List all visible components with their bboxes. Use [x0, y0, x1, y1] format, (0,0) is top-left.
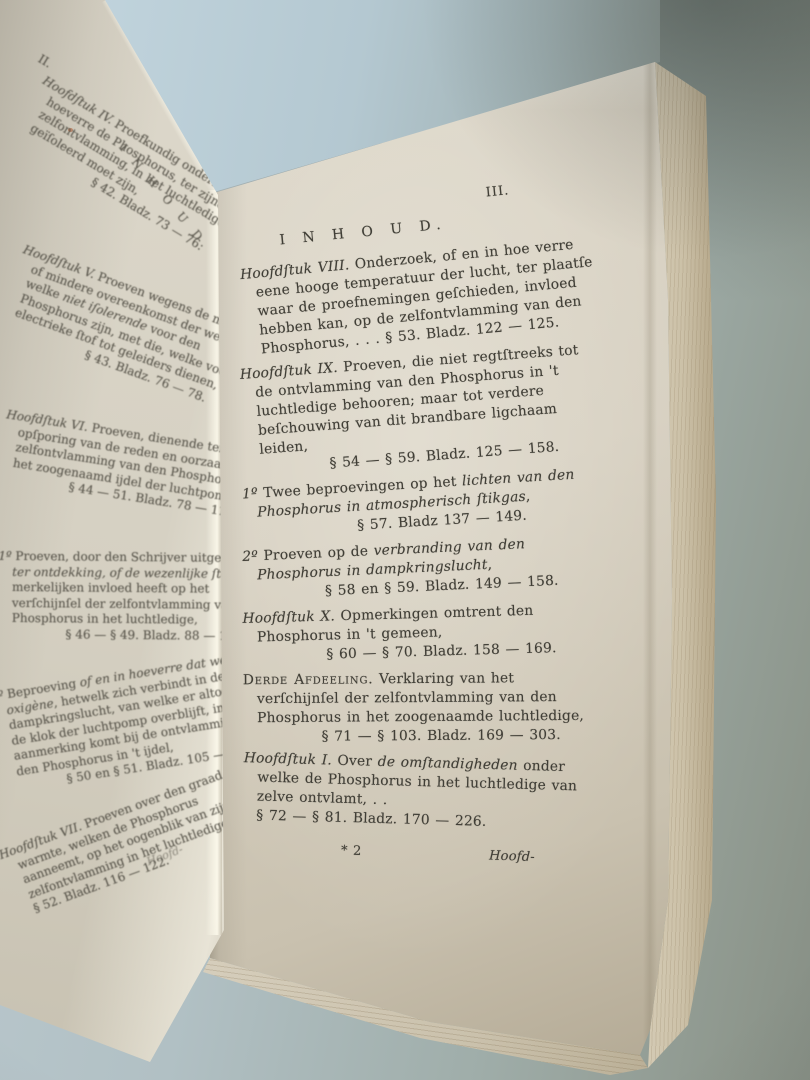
- toc-entry: Hoofdſtuk X. Opmerkingen omtrent den Pho…: [242, 600, 595, 667]
- entry-text: 2º: [242, 548, 258, 565]
- entry-text: Proeven op de: [258, 543, 374, 564]
- entry-text: ,: [525, 488, 531, 504]
- entry-text: Hoofdſtuk I.: [244, 750, 333, 768]
- toc-entry: Hoofdſtuk VIII. Onderzoek, of en in hoe …: [239, 234, 598, 361]
- toc-entry: Derde Afdeeling. Verklaring van het verſ…: [243, 669, 596, 747]
- toc-entry: Hoofdſtuk IX. Proeven, die niet regtſtre…: [239, 340, 598, 479]
- entry-text: Derde Afdeeling.: [243, 671, 374, 688]
- entry-text: Over: [332, 753, 378, 770]
- right-page-footer: * 2 Hoofd-: [243, 832, 596, 869]
- entry-text: ,: [487, 557, 492, 573]
- catchword-right: Hoofd-: [489, 846, 535, 867]
- right-page-text: III. I N H O U D. Hoofdſtuk VIII. Onderz…: [243, 190, 595, 863]
- entry-page-ref: § 71 — § 103. Bladz. 169 — 303.: [257, 726, 595, 747]
- toc-entries-right: Hoofdſtuk VIII. Onderzoek, of en in hoe …: [243, 250, 595, 830]
- entry-text: 1º: [242, 486, 259, 503]
- signature-mark: * 2: [341, 841, 362, 861]
- entry-text: ter ontdekking, of de wezenlijke ſtof: [12, 564, 233, 580]
- entry-text: de omſtandigheden: [378, 754, 518, 774]
- photo-scene: III. I N H O U D. Hoofdſtuk VIII. Onderz…: [0, 0, 810, 1080]
- entry-text: Hoofdſtuk X.: [242, 608, 335, 627]
- toc-entry: 2º Proeven op de verbranding van den Pho…: [242, 532, 596, 605]
- entry-page-ref: § 72 — § 81. Bladz. 170 — 226.: [256, 807, 487, 829]
- toc-entry: Hoofdſtuk I. Over de omſtandigheden onde…: [242, 749, 596, 835]
- right-page: III. I N H O U D. Hoofdſtuk VIII. Onderz…: [205, 50, 675, 1060]
- page-number-left: II.: [35, 52, 54, 72]
- page-crease: [643, 50, 657, 1060]
- entry-text: 1º: [0, 549, 12, 563]
